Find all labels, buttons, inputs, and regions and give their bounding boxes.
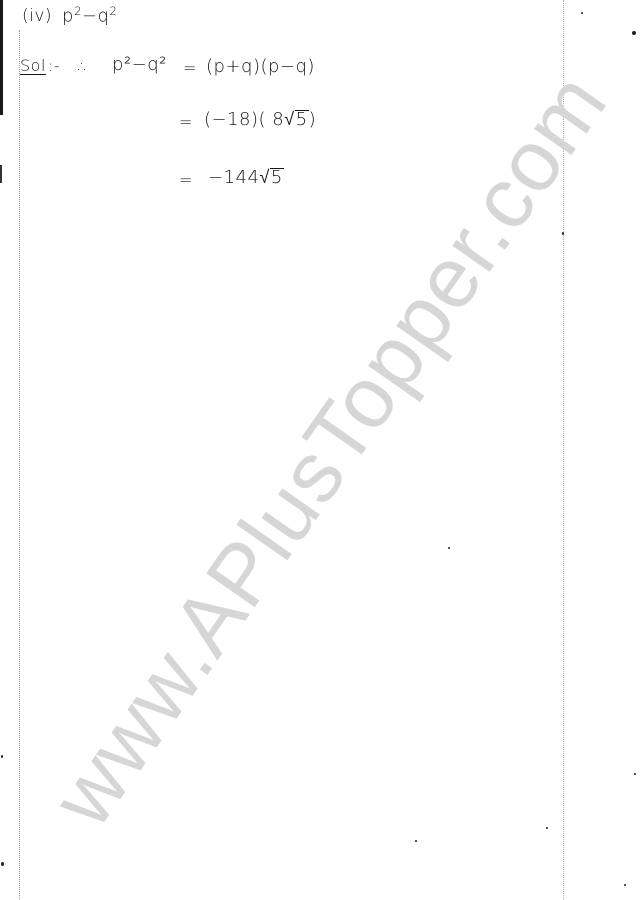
scan-speck	[415, 840, 417, 842]
final-answer-prefix: −144	[208, 167, 259, 188]
step-2-prefix: (−18)( 8	[204, 109, 284, 130]
question-label: (iv)	[22, 6, 52, 26]
solution-lhs: p²−q²	[112, 54, 167, 75]
exponent: 2	[74, 4, 82, 18]
radicand: 5	[295, 110, 309, 130]
step-2-expression: (−18)( 8√5)	[204, 109, 316, 130]
question-expression: p2−q2	[62, 4, 117, 26]
scan-speck	[562, 232, 564, 235]
base-q: q	[97, 5, 109, 26]
solution-label: Sol	[20, 56, 46, 75]
watermark: www.APlusTopper.com	[33, 56, 627, 845]
scan-speck	[1, 862, 4, 866]
final-answer: −144√5	[208, 167, 284, 188]
scan-speck	[546, 827, 548, 829]
exponent: 2	[109, 4, 117, 18]
minus-operator: −	[82, 5, 98, 26]
scan-speck	[624, 884, 626, 886]
scan-shadow-edge	[0, 0, 3, 115]
square-root: √5	[259, 167, 283, 188]
equals-sign: =	[183, 58, 197, 77]
radicand: 5	[270, 168, 284, 188]
step-2-suffix: )	[309, 109, 317, 130]
scan-speck	[632, 31, 636, 35]
scan-shadow-mark	[0, 165, 2, 183]
equals-sign: =	[179, 112, 193, 131]
scan-speck	[448, 547, 450, 549]
scan-speck	[1, 755, 3, 758]
square-root: √5	[284, 109, 308, 130]
solution-separator: :-	[48, 56, 60, 75]
scan-speck	[634, 773, 636, 775]
scan-speck	[581, 12, 583, 14]
right-margin-line	[563, 0, 564, 900]
equals-sign: =	[179, 170, 193, 189]
left-margin-line	[19, 30, 20, 900]
base-p: p	[62, 5, 74, 26]
scanned-page: www.APlusTopper.com (iv) p2−q2 Sol :- ∴ …	[0, 0, 643, 900]
therefore-symbol: ∴	[78, 57, 89, 76]
step-1-expression: (p+q)(p−q)	[206, 56, 315, 77]
